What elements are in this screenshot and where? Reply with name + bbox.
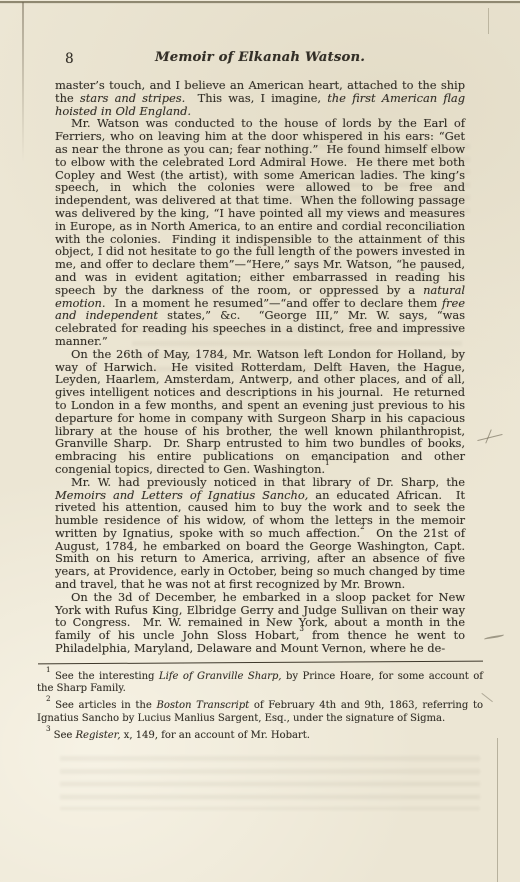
- page-number: 8: [65, 51, 74, 67]
- paragraph-ignatius-sancho: Mr. W. had previously noticed in that li…: [55, 476, 465, 591]
- left-crease: [22, 2, 24, 162]
- running-header: 8 Memoir of Elkanah Watson.: [54, 50, 466, 68]
- paragraph-house-of-lords: Mr. Watson was conducted to the house of…: [55, 117, 465, 347]
- bleed-through-ghost: [60, 752, 480, 810]
- page-content: master’s touch, and I believe an America…: [55, 79, 465, 747]
- paragraph-sloop-packet: On the 3d of December, he embarked in a …: [55, 591, 465, 655]
- scanned-book-page: 8 Memoir of Elkanah Watson. master’s tou…: [0, 0, 520, 882]
- page-top-edge: [0, 0, 520, 4]
- right-page-edge-line: [497, 738, 498, 882]
- footnote-2: 2 See articles in the Boston Transcript …: [37, 700, 483, 725]
- footnotes-section: 1 See the interesting Life of Granville …: [37, 671, 483, 742]
- running-title: Memoir of Elkanah Watson.: [54, 50, 466, 65]
- paragraph-holland-trip: On the 26th of May, 1784, Mr. Watson lef…: [55, 348, 465, 476]
- margin-pencil-mark: [484, 635, 504, 639]
- scratch-mark: [488, 8, 489, 34]
- footnote-rule: [38, 661, 483, 665]
- footnote-3: 3 See Register, x, 149, for an account o…: [37, 730, 483, 742]
- margin-pencil-mark: [477, 434, 503, 442]
- footnote-1: 1 See the interesting Life of Granville …: [37, 671, 483, 696]
- paragraph-continuation: master’s touch, and I believe an America…: [55, 79, 465, 117]
- body-text: master’s touch, and I believe an America…: [55, 79, 465, 655]
